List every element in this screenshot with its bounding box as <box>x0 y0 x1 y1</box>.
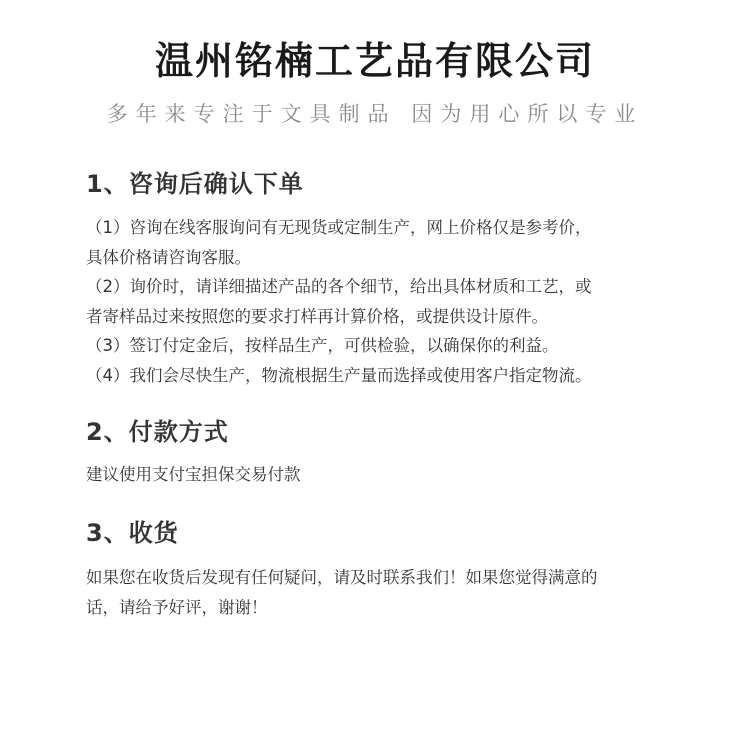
text-line: 具体价格请咨询客服。 <box>86 243 666 273</box>
company-title: 温州铭楠工艺品有限公司 <box>0 38 750 84</box>
section-heading-payment: 2、付款方式 <box>86 416 229 448</box>
section-heading-order: 1、咨询后确认下单 <box>86 168 304 200</box>
text-line: 者寄样品过来按照您的要求打样再计算价格，或提供设计原件。 <box>86 302 666 332</box>
text-line: 建议使用支付宝担保交易付款 <box>86 460 666 490</box>
section-body-order: （1）咨询在线客服询问有无现货或定制生产，网上价格仅是参考价， 具体价格请咨询客… <box>86 213 666 390</box>
section-body-payment: 建议使用支付宝担保交易付款 <box>86 460 666 490</box>
text-line: 如果您在收货后发现有任何疑问，请及时联系我们！如果您觉得满意的 <box>86 563 666 593</box>
company-slogan: 多年来专注于文具制品 因为用心所以专业 <box>0 100 750 128</box>
text-line: （2）询价时，请详细描述产品的各个细节，给出具体材质和工艺，或 <box>86 272 666 302</box>
text-line: （1）咨询在线客服询问有无现货或定制生产，网上价格仅是参考价， <box>86 213 666 243</box>
text-line: （4）我们会尽快生产，物流根据生产量而选择或使用客户指定物流。 <box>86 361 666 391</box>
section-body-receipt: 如果您在收货后发现有任何疑问，请及时联系我们！如果您觉得满意的 话，请给予好评，… <box>86 563 666 622</box>
section-heading-receipt: 3、收货 <box>86 517 179 549</box>
text-line: 话，请给予好评，谢谢！ <box>86 593 666 623</box>
text-line: （3）签订付定金后，按样品生产，可供检验，以确保你的利益。 <box>86 331 666 361</box>
